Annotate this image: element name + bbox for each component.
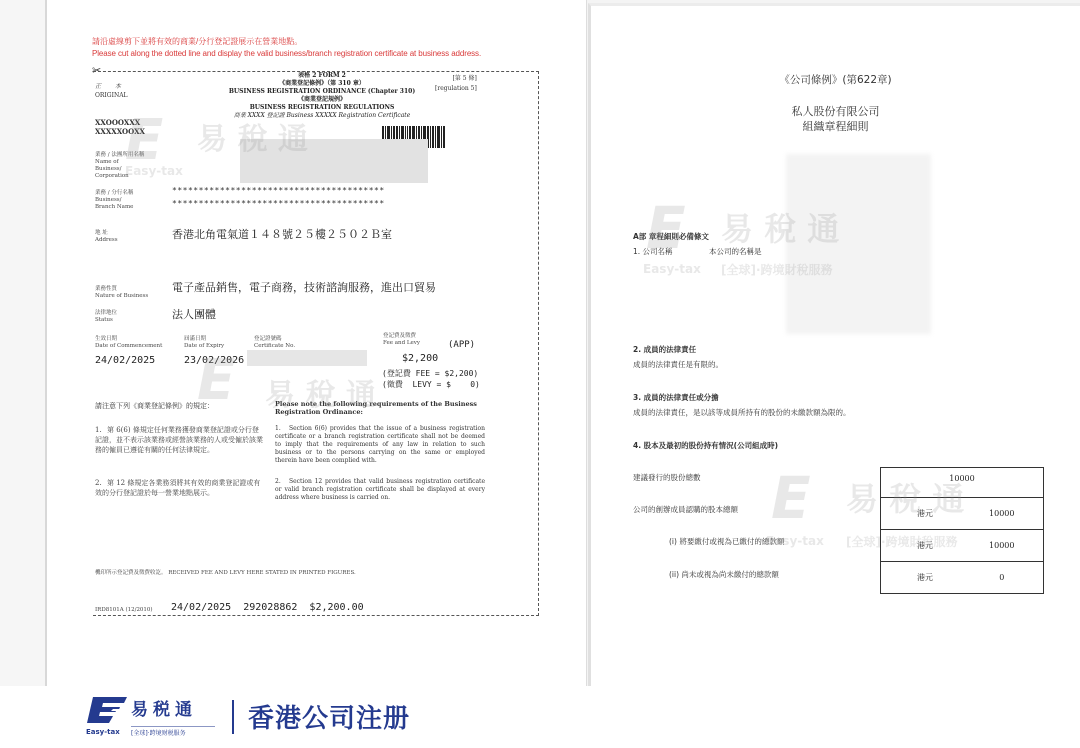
- note-1-en: 1.Section 6(6) provides that the issue o…: [275, 425, 485, 465]
- total-shares-value: 10000: [881, 468, 1044, 498]
- address-value: 香港北角電氣道１４８號２５樓２５０２Ｂ室: [172, 226, 392, 242]
- articles-ordinance-title: 《公司條例》(第622章): [591, 72, 1080, 87]
- table-row: 10000: [881, 468, 1044, 498]
- item-2-heading: 2. 成員的法律責任: [633, 344, 696, 355]
- form-header: 表格 2 FORM 2 《商業登記條例》（第 310 章） BUSINESS R…: [197, 72, 447, 120]
- share-row-label: 公司的創辦成員認購的股本總額: [633, 504, 738, 515]
- item-1-text: 本公司的名稱是: [709, 246, 762, 257]
- articles-company-type: 私人股份有限公司 組織章程細則: [591, 104, 1080, 134]
- business-registration-certificate: 請沿虛線剪下並將有效的商業/分行登記證展示在營業地點。 Please cut a…: [47, 0, 587, 686]
- cut-notice-cn: 請沿虛線剪下並將有效的商業/分行登記證展示在營業地點。: [92, 36, 481, 48]
- nature-label: 業務性質 Nature of Business: [95, 286, 148, 300]
- branch-label: 業務 / 分行名稱 Business/ Branch Name: [95, 190, 140, 211]
- original-mark: 正 本 ORIGINAL: [95, 82, 128, 100]
- branch-name-line-2: ****************************************: [172, 199, 385, 208]
- regulation-ref: [第 5 條] [regulation 5]: [435, 74, 477, 94]
- share-row-label: (i) 將要繳付或視為已繳付的總款額: [669, 536, 784, 547]
- item-3-text: 成員的法律責任，是以該等成員所持有的股份的未繳款額為限的。: [633, 407, 851, 418]
- cut-notice: 請沿虛線剪下並將有效的商業/分行登記證展示在營業地點。 Please cut a…: [92, 36, 481, 60]
- brand-slogan: 香港公司注册: [248, 698, 410, 735]
- easy-tax-logo-icon: [87, 697, 127, 723]
- item-2-text: 成員的法律責任是有限的。: [633, 359, 723, 370]
- share-capital-table: 10000 港元10000 港元10000 港元0: [880, 467, 1044, 594]
- status-value: 法人團體: [172, 306, 216, 322]
- table-row: 港元0: [881, 562, 1044, 594]
- name-label: 業務 / 法團所用名稱 Name of Business/ Corporatio…: [95, 152, 145, 180]
- brand-tagline: [全球]·跨境财税服务: [131, 726, 215, 737]
- item-1-label: 1. 公司名稱: [633, 246, 673, 257]
- fee-label: 登記費及徵費 Fee and Levy: [383, 333, 420, 347]
- note-2-cn: 2.第 12 條規定各業務須將其有效的商業登記證或有效的分行登記證於每一營業地點…: [95, 478, 265, 498]
- printed-receipt-values: 24/02/2025 292028862 $2,200.00: [171, 602, 364, 613]
- fee-breakdown: (登記費 FEE = $2,200)(徵費 LEVY = $ 0): [382, 368, 480, 390]
- redacted-certificate-no: [247, 350, 367, 366]
- notes-heading-cn: 請注意下列《商業登記條例》的規定：: [95, 401, 214, 411]
- brand-name: 易税通: [131, 695, 197, 720]
- note-2-en: 2.Section 12 provides that valid busines…: [275, 478, 485, 502]
- status-label: 法律地位 Status: [95, 310, 117, 324]
- address-label: 地 址 Address: [95, 230, 118, 244]
- serial-numbers: XXOOOXXX XXXXXOOXX: [95, 118, 145, 136]
- part-a-heading: A部 章程細則必備條文: [633, 231, 709, 242]
- redacted-company-name: [786, 154, 931, 334]
- commencement-date: 24/02/2025: [95, 355, 155, 366]
- watermark-logo-icon: E: [771, 464, 811, 532]
- brand-name-en: Easy-tax: [86, 728, 120, 736]
- brand-divider: [232, 700, 234, 734]
- cut-notice-en: Please cut along the dotted line and dis…: [92, 48, 481, 60]
- fee-amount: $2,200: [402, 353, 438, 364]
- table-row: 港元10000: [881, 530, 1044, 562]
- nature-value: 電子產品銷售，電子商務，技術諮詢服務，進出口貿易: [172, 279, 436, 295]
- share-row-label: 建議發行的股份總數: [633, 472, 701, 483]
- form-code: IRD8101A (12/2010): [95, 607, 153, 613]
- fee-app: (APP): [448, 340, 475, 350]
- table-row: 港元10000: [881, 498, 1044, 530]
- articles-of-association: 《公司條例》(第622章) 私人股份有限公司 組織章程細則 A部 章程細則必備條…: [588, 3, 1080, 686]
- redacted-business-name: [240, 139, 428, 183]
- item-4-heading: 4. 股本及最初的股份持有情況(公司組成時): [633, 440, 778, 451]
- commencement-label: 生效日期 Date of Commencement: [95, 336, 162, 350]
- share-row-label: (ii) 尚未或視為尚未繳付的總款額: [669, 569, 779, 580]
- received-statement: 機印所示登記費及徵費收訖。 RECEIVED FEE AND LEVY HERE…: [95, 568, 356, 576]
- item-3-heading: 3. 成員的法律責任或分擔: [633, 392, 719, 403]
- certificate-no-label: 登記證號碼 Certificate No.: [254, 336, 295, 350]
- watermark-brand-en: Easy-tax: [643, 262, 701, 276]
- expiry-label: 屆滿日期 Date of Expiry: [184, 336, 224, 350]
- expiry-date: 23/02/2026: [184, 355, 244, 366]
- page-gutter: [0, 0, 47, 686]
- note-1-cn: 1.第 6(6) 條規定任何業務獲發商業登記證或分行登記證，並不表示該業務或經營…: [95, 425, 265, 455]
- notes-heading-en: Please note the following requirements o…: [275, 400, 485, 416]
- branch-name-line-1: ****************************************: [172, 186, 385, 195]
